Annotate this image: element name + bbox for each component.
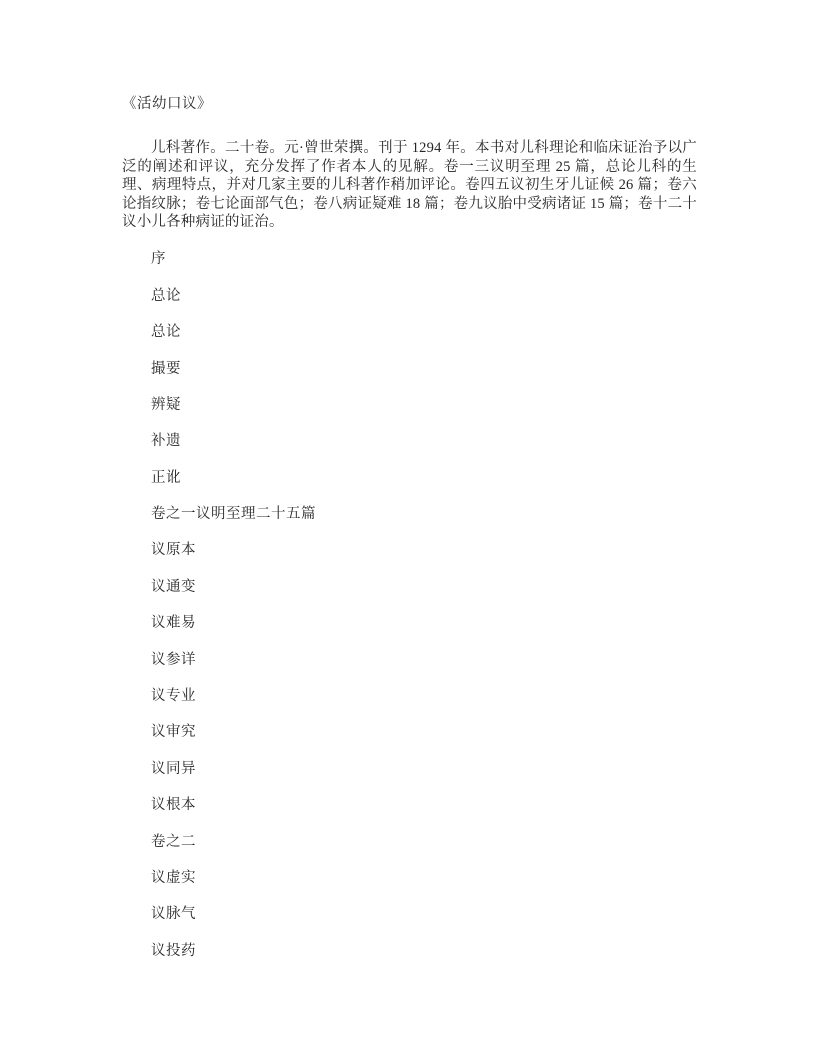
toc-item: 辨疑 (151, 396, 697, 414)
intro-paragraph: 儿科著作。二十卷。元·曾世荣撰。刊于 1294 年。本书对儿科理论和临床证治予以… (122, 139, 697, 232)
toc-item: 总论 (151, 323, 697, 341)
toc-item: 议专业 (151, 687, 697, 705)
toc-item: 议参详 (151, 651, 697, 669)
toc-item: 卷之二 (151, 833, 697, 851)
toc-item: 议难易 (151, 614, 697, 632)
toc-item: 议审究 (151, 723, 697, 741)
toc-item: 正讹 (151, 469, 697, 487)
toc-item: 议脉气 (151, 905, 697, 923)
toc-item: 总论 (151, 287, 697, 305)
document-page: 《活幼口议》 儿科著作。二十卷。元·曾世荣撰。刊于 1294 年。本书对儿科理论… (0, 0, 816, 1056)
toc-item: 补遗 (151, 432, 697, 450)
toc-list: 序总论总论撮要辨疑补遗正讹卷之一议明至理二十五篇议原本议通变议难易议参详议专业议… (122, 250, 697, 959)
toc-item: 卷之一议明至理二十五篇 (151, 505, 697, 523)
toc-item: 撮要 (151, 360, 697, 378)
toc-item: 议通变 (151, 578, 697, 596)
toc-item: 议原本 (151, 541, 697, 559)
toc-item: 议投药 (151, 942, 697, 960)
toc-item: 序 (151, 250, 697, 268)
document-title: 《活幼口议》 (122, 97, 697, 112)
toc-item: 议同异 (151, 760, 697, 778)
toc-item: 议根本 (151, 796, 697, 814)
toc-item: 议虚实 (151, 869, 697, 887)
